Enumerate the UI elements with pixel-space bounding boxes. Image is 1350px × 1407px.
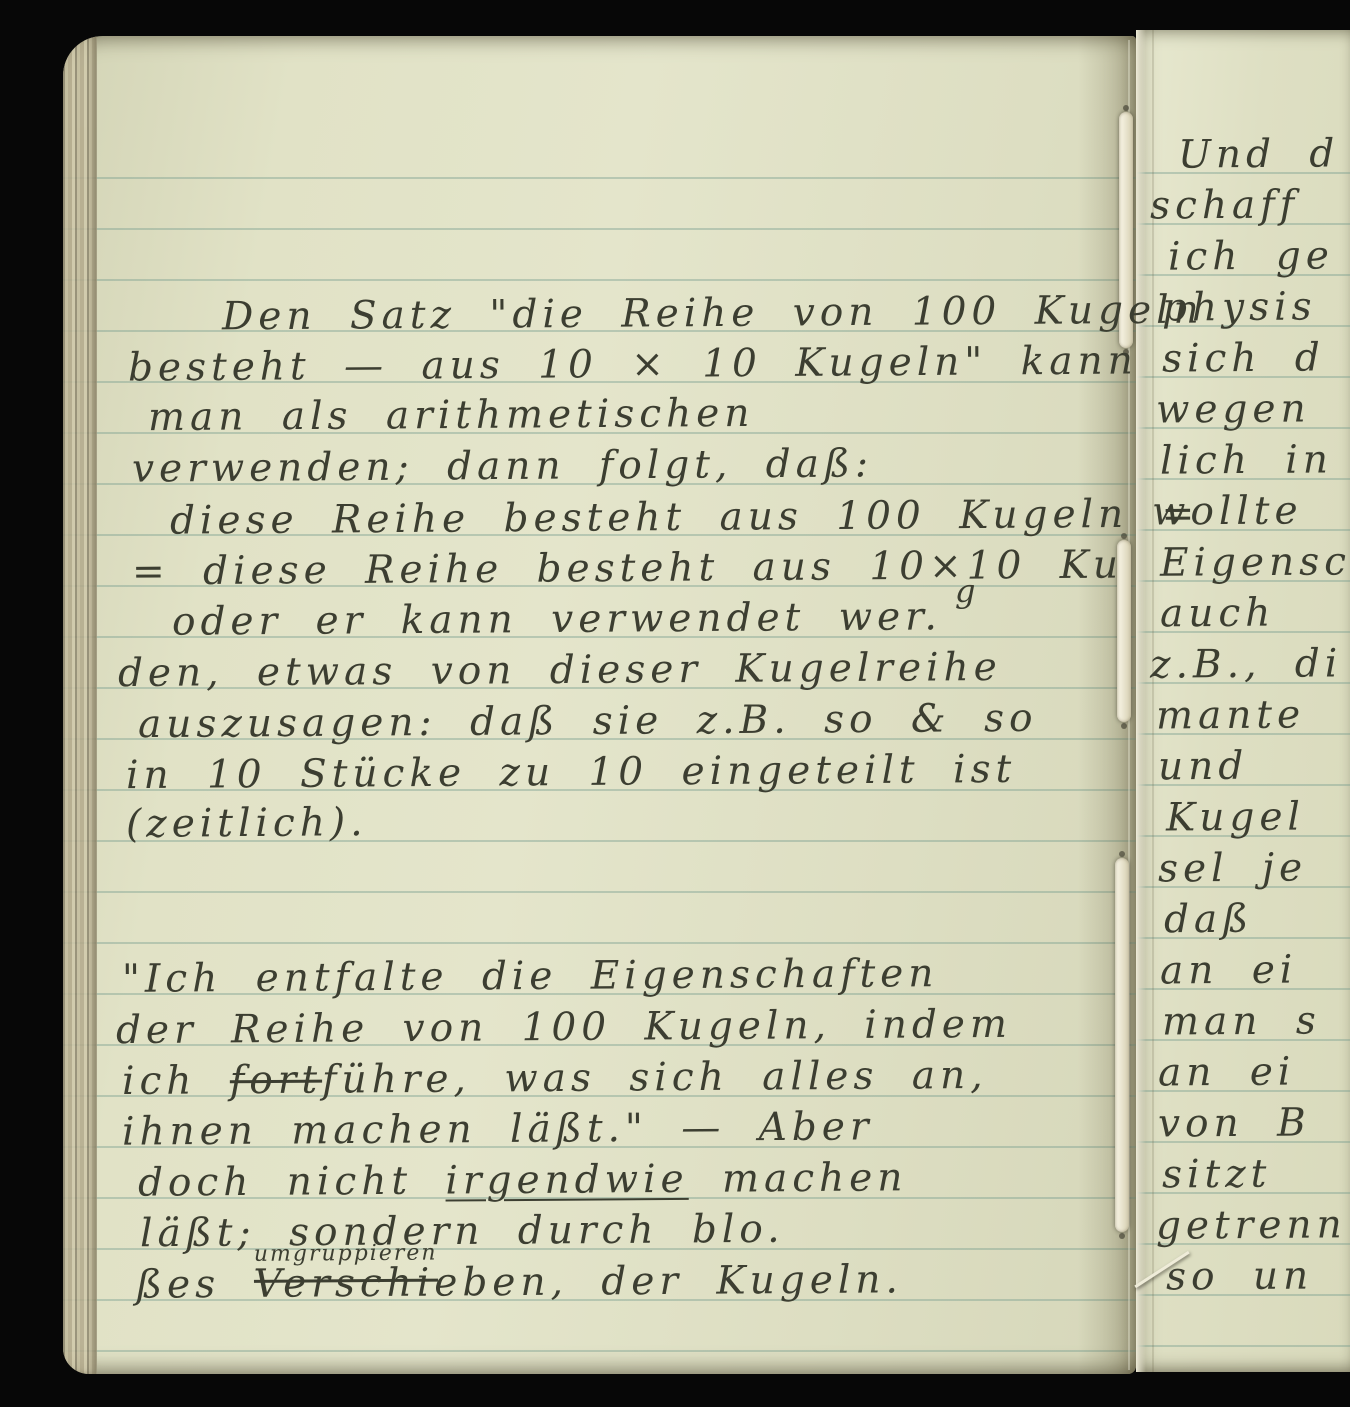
- handwritten-line: verwenden; dann folgt, daß:: [132, 440, 873, 493]
- handwritten-fragment: wegen: [1156, 385, 1311, 434]
- handwritten-fragment: an ei: [1160, 947, 1298, 996]
- handwritten-fragment: so un: [1166, 1252, 1313, 1301]
- handwritten-line: in 10 Stücke zu 10 eingeteilt ist: [126, 746, 1017, 800]
- handwritten-line: der Reihe von 100 Kugeln, indem: [116, 1001, 1012, 1055]
- handwritten-line: man als arithmetischen: [148, 390, 755, 442]
- text-fragment: doch nicht: [138, 1159, 446, 1206]
- handwritten-line: Den Satz "die Reihe von 100 Kugeln: [222, 287, 1204, 342]
- handwritten-fragment: an ei: [1158, 1049, 1296, 1098]
- inserted-word: umgruppieren: [254, 1230, 438, 1283]
- page-crease: [1152, 30, 1154, 1372]
- handwritten-line: (zeitlich).: [126, 799, 368, 849]
- handwritten-fragment: sitzt: [1162, 1151, 1272, 1200]
- handwritten-fragment: Kugel: [1166, 794, 1305, 843]
- binding-stitch: [1115, 858, 1129, 1232]
- handwritten-fragment: auch: [1160, 590, 1276, 639]
- notebook-photo: { "document": { "type": "handwritten not…: [0, 0, 1350, 1407]
- text-fragment: machen: [688, 1155, 907, 1202]
- handwritten-fragment: Und d: [1178, 130, 1340, 179]
- handwritten-fragment: von B: [1158, 1099, 1311, 1148]
- handwritten-fragment: wollte: [1152, 487, 1303, 536]
- handwritten-fragment: lich in: [1160, 436, 1333, 485]
- text-fragment: ich: [122, 1058, 230, 1104]
- handwritten-line: "Ich entfalte die Eigenschaften: [122, 950, 939, 1004]
- dropped-letter: g: [955, 572, 975, 610]
- handwritten-fragment: schaff: [1150, 181, 1299, 230]
- handwritten-fragment: getrenn: [1156, 1201, 1347, 1250]
- handwritten-fragment: Eigensch: [1160, 538, 1350, 588]
- handwritten-fragment: sel je: [1158, 844, 1307, 893]
- handwritten-line: läßt; sondern durch blo.: [140, 1206, 785, 1258]
- handwritten-fragment: z.B., di: [1150, 640, 1343, 689]
- page-edge-stack: [63, 36, 97, 1374]
- handwritten-fragment: und: [1158, 743, 1249, 792]
- handwritten-line: ihnen machen läßt." — Aber: [122, 1103, 874, 1156]
- handwritten-fragment: mante: [1156, 691, 1305, 740]
- handwritten-fragment: physis: [1162, 283, 1317, 332]
- handwritten-line: auszusagen: daß sie z.B. so & so: [138, 695, 1038, 749]
- handwritten-fragment: daß: [1164, 896, 1254, 945]
- handwritten-line: den, etwas von dieser Kugelreihe: [118, 644, 1002, 698]
- struck-word: fort: [230, 1058, 323, 1104]
- handwritten-line: ich fortführe, was sich alles an,: [122, 1052, 988, 1106]
- handwritten-fragment: sich d: [1162, 334, 1325, 383]
- handwritten-fragment: man s: [1162, 997, 1321, 1046]
- handwritten-line: diese Reihe besteht aus 100 Kugeln =: [170, 490, 1200, 545]
- handwritten-line: oder er kann verwendet wer.: [172, 593, 942, 646]
- handwritten-line: ßes Verumgruppierenschieben, der Kugeln.: [136, 1256, 903, 1309]
- underlined-word: irgendwie: [445, 1157, 688, 1204]
- text-fragment: führe, was sich alles an,: [322, 1053, 988, 1103]
- handwritten-line: besteht — aus 10 × 10 Kugeln" kann: [128, 337, 1138, 392]
- handwritten-fragment: ich ge: [1168, 232, 1334, 281]
- gutter-highlight: [1136, 30, 1146, 1372]
- handwritten-line: doch nicht irgendwie machen: [138, 1154, 908, 1207]
